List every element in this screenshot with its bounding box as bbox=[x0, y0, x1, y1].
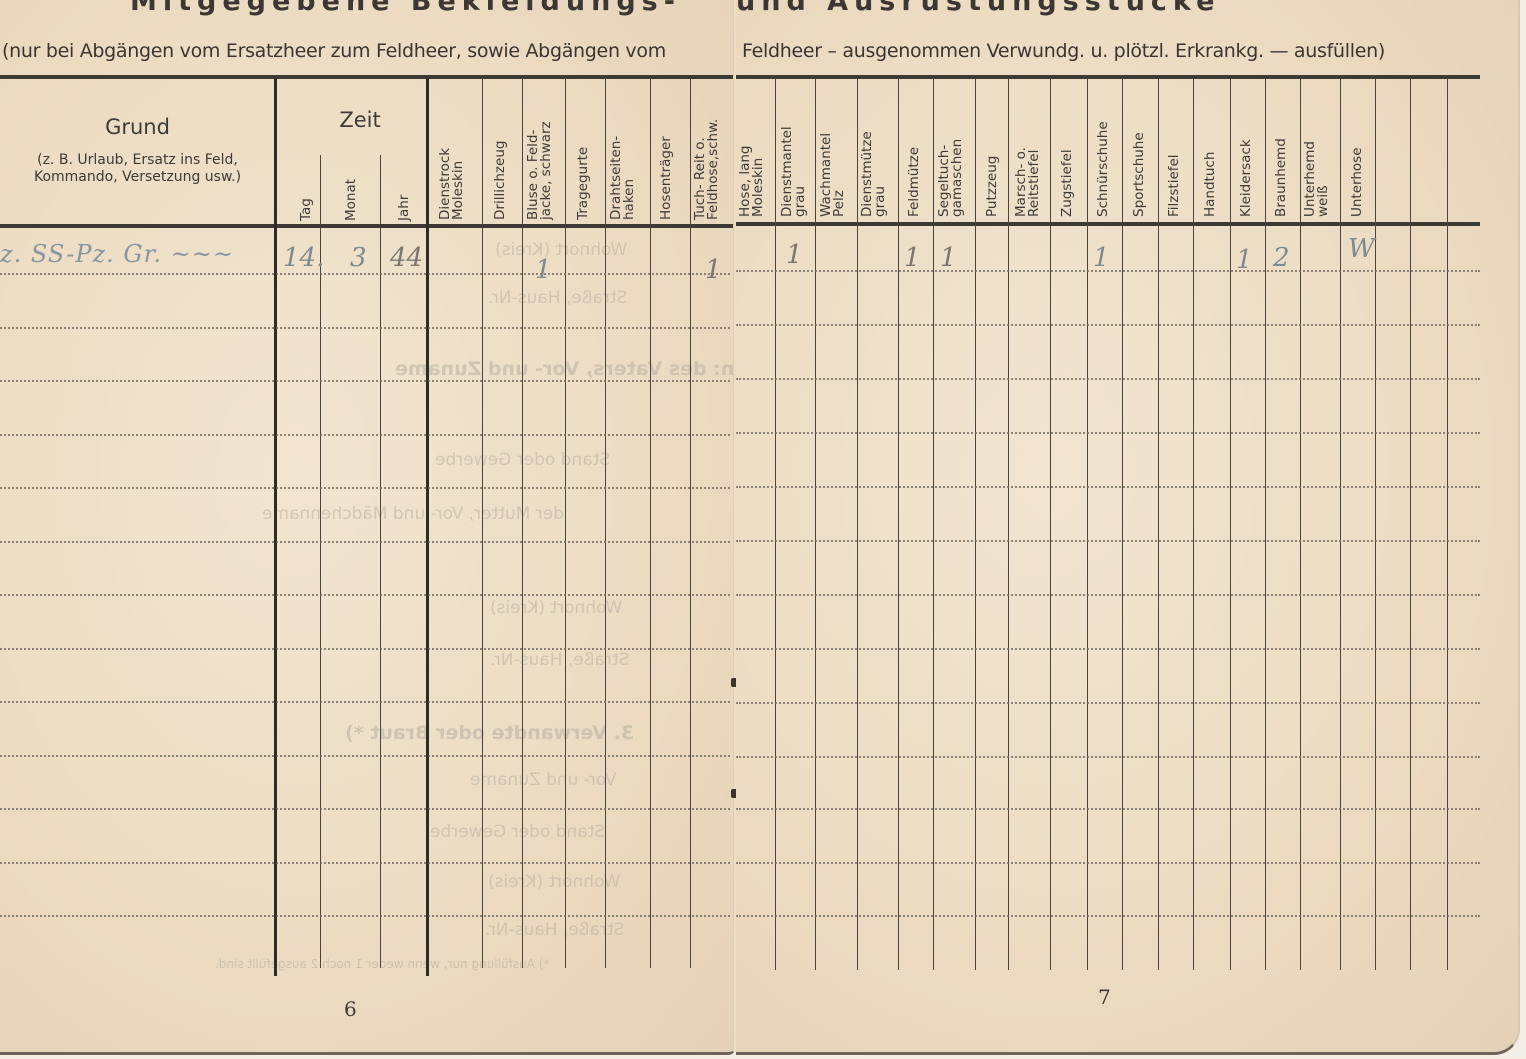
bleed-text: Stand oder Gewerbe bbox=[430, 822, 605, 842]
col-header-drillichzeug: Drillichzeug bbox=[494, 92, 507, 220]
col-header-hosentraeger: Hosenträger bbox=[660, 92, 673, 220]
bleed-footnote: *) Ausfüllung nur, wenn weder 1 noch 2 a… bbox=[215, 957, 549, 971]
title-left: Mitgegebene Bekleidungs- bbox=[130, 0, 681, 17]
bleed-text: Vor- und Zuname bbox=[470, 770, 617, 790]
bleed-text: Wohnort (Kreis) bbox=[488, 872, 620, 892]
col-header-filzstiefel: Filzstiefel bbox=[1168, 92, 1181, 217]
col-header-feldmuetze: Feldmütze bbox=[908, 92, 921, 217]
page-number-right: 7 bbox=[1098, 985, 1111, 1009]
col-header-dienstmantel: Dienstmantel grau bbox=[781, 92, 807, 217]
col-header-hose-lang: Hose, lang Moleskin bbox=[739, 92, 765, 217]
zeit-header: Zeit bbox=[320, 108, 400, 132]
entry-unterhose: W bbox=[1348, 234, 1375, 264]
col-header-tragegurte: Tragegurte bbox=[577, 92, 590, 220]
col-header-dienstmuetze: Dienstmütze grau bbox=[861, 92, 887, 217]
col-header-schnuerschuhe: Schnürschuhe bbox=[1097, 92, 1110, 217]
entry-feldmuetze: 1 bbox=[904, 243, 921, 273]
col-header-sportschuhe: Sportschuhe bbox=[1133, 92, 1146, 217]
header-bottom-rule bbox=[0, 224, 736, 228]
grund-subheader: (z. B. Urlaub, Ersatz ins Feld, Kommando… bbox=[0, 152, 275, 186]
header-top-rule-right bbox=[736, 75, 1480, 79]
entry-gamaschen: 1 bbox=[940, 243, 957, 273]
col-header-dienstrock: Dienstrock Moleskin bbox=[439, 92, 465, 220]
bleed-text: der Mutter, Vor- und Mädchenname bbox=[262, 504, 564, 524]
header-bottom-rule-right bbox=[736, 222, 1480, 226]
entry-schnuerschuhe: 1 bbox=[1093, 243, 1110, 273]
subtitle-left: (nur bei Abgängen vom Ersatzheer zum Fel… bbox=[2, 40, 666, 62]
col-header-wachmantel: Wachmantel Pelz bbox=[820, 92, 846, 217]
col-header-gamaschen: Segeltuch- gamaschen bbox=[938, 92, 964, 217]
entry-dienstmantel: 1 bbox=[786, 240, 803, 270]
bleed-text: Wohnort (Kreis) bbox=[495, 240, 627, 260]
col-header-handtuch: Handtuch bbox=[1204, 92, 1217, 217]
col-header-bluse: Bluse o. Feld- jacke, schwarz bbox=[527, 92, 553, 220]
grund-header: Grund bbox=[0, 115, 275, 139]
col-header-marschstiefel: Marsch- o. Reitstiefel bbox=[1015, 92, 1041, 217]
col-header-zugstiefel: Zugstiefel bbox=[1061, 92, 1074, 217]
bleed-text: Straße, Haus-Nr. bbox=[488, 288, 627, 308]
subtitle-right: Feldheer – ausgenommen Verwundg. u. plöt… bbox=[742, 40, 1385, 62]
bleed-text: 3. Verwandte oder Braut *) bbox=[345, 722, 634, 744]
col-header-feldhose: Tuch- Reit o. Feldhose,schw. bbox=[694, 92, 720, 220]
col-header-drahtseitenhaken: Drahtseiten- haken bbox=[610, 92, 636, 220]
col-header-putzzeug: Putzzeug bbox=[986, 92, 999, 217]
col-header-braunhemd: Braunhemd bbox=[1275, 92, 1288, 217]
bleed-text: Straße, Haus-Nr. bbox=[490, 650, 629, 670]
bleed-text: Straße, Haus-Nr. bbox=[485, 920, 624, 940]
entry-jahr: 44 bbox=[390, 243, 423, 273]
entry-braunhemd: 2 bbox=[1273, 243, 1290, 273]
col-header-kleidersack: Kleidersack bbox=[1240, 92, 1253, 217]
col-header-unterhose: Unterhose bbox=[1351, 92, 1364, 217]
entry-feldhose: 1 bbox=[705, 255, 722, 285]
header-top-rule bbox=[0, 75, 736, 79]
col-header-tag: Tag bbox=[300, 185, 313, 221]
col-header-jahr: Jahr bbox=[398, 180, 411, 221]
entry-kleidersack: 1 bbox=[1236, 245, 1253, 275]
entry-bluse: 1 bbox=[535, 255, 552, 285]
title-right: und Ausrüstungsstücke bbox=[736, 0, 1220, 17]
entry-reason: z. SS-Pz. Gr. ~~~ bbox=[0, 240, 234, 268]
left-page: Mitgegebene Bekleidungs- (nur bei Abgäng… bbox=[0, 0, 736, 1055]
col-header-monat: Monat bbox=[345, 165, 358, 221]
page-number-left: 6 bbox=[344, 997, 357, 1021]
entry-tag: 14. bbox=[283, 243, 324, 273]
col-header-unterhemd: Unterhemd weiß bbox=[1304, 92, 1330, 217]
entry-monat: 3 bbox=[350, 243, 367, 273]
bleed-text: Wohnort (Kreis) bbox=[490, 598, 622, 618]
right-page: und Ausrüstungsstücke Feldheer – ausgeno… bbox=[736, 0, 1520, 1055]
